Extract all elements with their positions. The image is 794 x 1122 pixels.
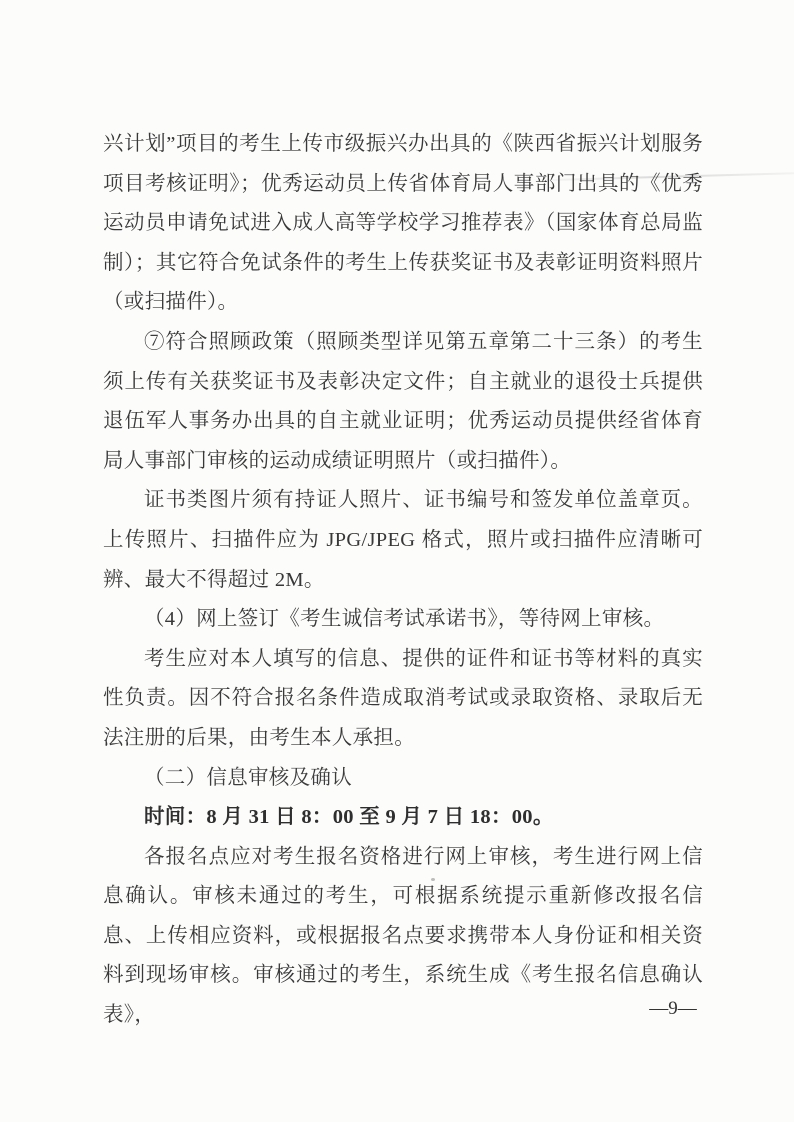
time-line: 时间：8 月 31 日 8：00 至 9 月 7 日 18：00。 [103,798,703,838]
paragraph-item-7-preferential-policy: ⑦符合照顾政策（照顾类型详见第五章第二十三条）的考生须上传有关获奖证书及表彰决定… [103,323,703,481]
paragraph-revitalization-continuation: 兴计划”项目的考生上传市级振兴办出具的《陕西省振兴计划服务项目考核证明》；优秀运… [103,125,703,323]
page-number: —9— [638,998,708,1020]
paragraph-online-review-process: 各报名点应对考生报名资格进行网上审核，考生进行网上信息确认。审核未通过的考生，可… [103,838,703,1036]
paragraph-candidate-responsibility: 考生应对本人填写的信息、提供的证件和证书等材料的真实性负责。因不符合报名条件造成… [103,640,703,759]
section-heading-info-review-confirmation: （二）信息审核及确认 [103,759,703,799]
paragraph-step-4-integrity-pledge: （4）网上签订《考生诚信考试承诺书》，等待网上审核。 [103,600,703,640]
document-text-block: 兴计划”项目的考生上传市级振兴办出具的《陕西省振兴计划服务项目考核证明》；优秀运… [103,125,703,1036]
paragraph-certificate-image-requirements: 证书类图片须有持证人照片、证书编号和签发单位盖章页。上传照片、扫描件应为 JPG… [103,481,703,600]
scanned-document-page: 兴计划”项目的考生上传市级振兴办出具的《陕西省振兴计划服务项目考核证明》；优秀运… [0,0,794,1122]
